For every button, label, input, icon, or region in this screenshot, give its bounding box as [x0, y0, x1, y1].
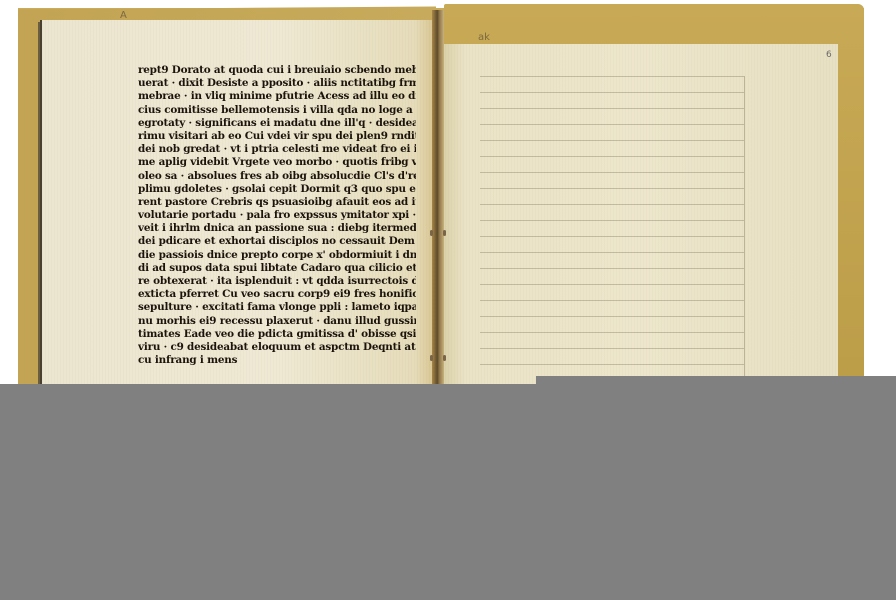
- text-line: dei nob gredat · vt i ptria celesti me v…: [138, 143, 416, 156]
- text-line: dei pdicare et exhortai disciplos no ces…: [138, 235, 416, 248]
- ruled-line: [480, 316, 744, 317]
- text-line: re obtexerat · ita isplenduit : vt qdda …: [138, 275, 416, 288]
- ruled-line: [480, 364, 744, 365]
- text-line: cu infrang i mens: [138, 354, 416, 367]
- ruled-line: [480, 124, 744, 125]
- ruled-line: [480, 188, 744, 189]
- text-line: egrotaty · significans ei madatu dne ill…: [138, 117, 416, 130]
- ruled-line: [480, 76, 744, 77]
- text-line: mebrae · in vliq minime pfutrie Acess ad…: [138, 90, 416, 103]
- ruled-line: [480, 332, 744, 333]
- sewing-hole: [443, 355, 446, 361]
- ruled-line: [480, 204, 744, 205]
- text-line: sepulture · excitati fama vlonge ppli : …: [138, 301, 416, 314]
- text-line: rept9 Dorato at quoda cui i breuiaio scb…: [138, 64, 416, 77]
- text-line: timates Eade veo die pdicta gmitissa d' …: [138, 328, 416, 341]
- ruled-text-frame: [480, 76, 745, 376]
- ruled-line: [480, 92, 744, 93]
- sewing-hole: [443, 230, 446, 236]
- text-line: die passiois dnice prepto corpe x' obdor…: [138, 249, 416, 262]
- ruled-line: [480, 300, 744, 301]
- text-line: cius comitisse bellemotensis i villa qda…: [138, 104, 416, 117]
- ruled-line: [480, 236, 744, 237]
- text-line: uerat · dixit Desiste a pposito · aliis …: [138, 77, 416, 90]
- text-line: veit i ihrlm dnica an passione sua : die…: [138, 222, 416, 235]
- ruled-line: [480, 172, 744, 173]
- ruled-line: [480, 348, 744, 349]
- text-line: di ad supos data spui libtate Cadaro qua…: [138, 262, 416, 275]
- gray-occlusion: [0, 384, 896, 600]
- text-line: viru · c9 desideabat eloquum et aspctm D…: [138, 341, 416, 354]
- text-line: oleo sa · absolues fres ab oibg absolucd…: [138, 170, 416, 183]
- folio-number: 6: [826, 50, 832, 60]
- text-line: volutarie portadu · pala fro expssus ymi…: [138, 209, 416, 222]
- ruled-line: [480, 140, 744, 141]
- ruled-line: [480, 156, 744, 157]
- ruled-line: [480, 284, 744, 285]
- text-line: rent pastore Crebris qs psuasioibg afaui…: [138, 196, 416, 209]
- sewing-hole: [430, 230, 433, 236]
- text-line: me aplig videbit Vrgete veo morbo · quot…: [138, 156, 416, 169]
- ruled-line: [480, 252, 744, 253]
- book-gutter: [432, 10, 444, 400]
- ruled-line: [480, 220, 744, 221]
- pencil-mark-right: ak: [478, 32, 490, 43]
- ruled-line: [480, 268, 744, 269]
- text-line: exticta pferret Cu veo sacru corp9 ei9 f…: [138, 288, 416, 301]
- sewing-hole: [430, 355, 433, 361]
- manuscript-text: rept9 Dorato at quoda cui i breuiaio scb…: [138, 64, 416, 367]
- ruled-line: [480, 108, 744, 109]
- text-line: rimu visitari ab eo Cui vdei vir spu dei…: [138, 130, 416, 143]
- gray-occlusion-top: [536, 376, 896, 384]
- text-line: nu morhis ei9 recessu plaxerut · danu il…: [138, 315, 416, 328]
- text-line: plimu gdoletes · gsolai cepit Dormit q3 …: [138, 183, 416, 196]
